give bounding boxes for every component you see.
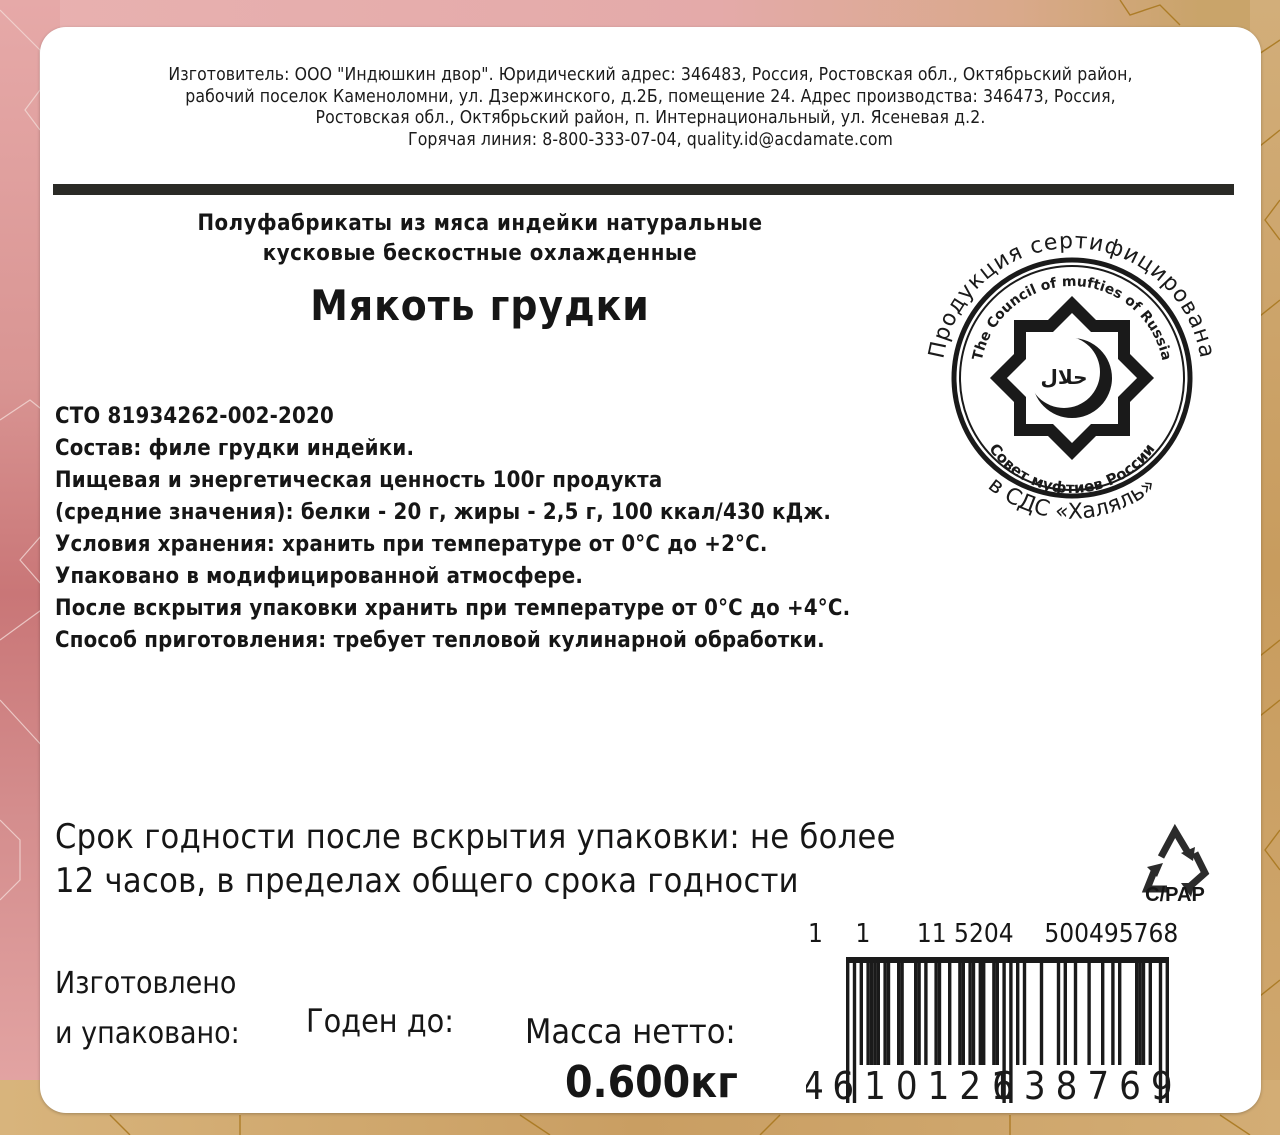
manufacturer-line: Изготовитель: ООО "Индюшкин двор". Юриди…: [40, 65, 1261, 87]
product-name: Мякоть грудки: [140, 281, 820, 330]
storage-after-opening: После вскрытия упаковки хранить при темп…: [55, 593, 850, 625]
ean13-barcode: 4610121638769: [806, 957, 1211, 1105]
shelf-life-line: 12 часов, в пределах общего срока годнос…: [55, 859, 896, 903]
nutrition-values: (средние значения): белки - 20 г, жиры -…: [55, 497, 850, 529]
hotline-line: Горячая линия: 8-800-333-07-04, quality.…: [40, 130, 1261, 152]
category-line: кусковые бескостные охлажденные: [140, 239, 820, 269]
svg-text:638769: 638769: [992, 1064, 1182, 1105]
shelf-life-after-opening: Срок годности после вскрытия упаковки: н…: [55, 815, 896, 903]
standard-code: СТО 81934262-002-2020: [55, 401, 850, 433]
code-value: 11 5204: [917, 919, 1037, 949]
nutrition-line: Пищевая и энергетическая ценность 100г п…: [55, 465, 850, 497]
product-details: СТО 81934262-002-2020 Состав: филе грудк…: [55, 401, 850, 657]
made-label-line: и упаковано:: [55, 1009, 240, 1059]
net-weight-label: Масса нетто:: [525, 1012, 736, 1052]
product-category: Полуфабрикаты из мяса индейки натуральны…: [140, 209, 820, 269]
storage-conditions: Условия хранения: хранить при температур…: [55, 529, 850, 561]
packaging-atmosphere: Упаковано в модифицированной атмосфере.: [55, 561, 850, 593]
shelf-life-line: Срок годности после вскрытия упаковки: н…: [55, 815, 896, 859]
halal-certification-stamp-icon: Продукция сертифицирована The Council of…: [902, 193, 1242, 533]
best-before-label: Годен до:: [306, 1002, 454, 1040]
net-weight-value: 0.600кг: [565, 1057, 738, 1108]
product-label: Изготовитель: ООО "Индюшкин двор". Юриди…: [40, 27, 1261, 1113]
code-value: 1: [855, 919, 909, 949]
made-label-line: Изготовлено: [55, 959, 240, 1009]
svg-text:4: 4: [806, 1064, 834, 1105]
composition: Состав: филе грудки индейки.: [55, 433, 850, 465]
manufacturer-line: Ростовская обл., Октябрьский район, п. И…: [40, 108, 1261, 130]
manufacturer-info: Изготовитель: ООО "Индюшкин двор". Юриди…: [40, 65, 1261, 151]
production-codes: 1 1 11 5204 500495768: [808, 919, 1178, 949]
category-line: Полуфабрикаты из мяса индейки натуральны…: [140, 209, 820, 239]
cooking-method: Способ приготовления: требует тепловой к…: [55, 625, 850, 657]
manufacturer-line: рабочий поселок Каменоломни, ул. Дзержин…: [40, 87, 1261, 109]
made-and-packed-label: Изготовлено и упаковано:: [55, 959, 240, 1059]
halal-arabic-text: حلال: [1041, 365, 1088, 389]
recycle-code: C/PAP: [1125, 884, 1225, 907]
code-value: 500495768: [1044, 919, 1178, 949]
code-value: 1: [808, 919, 848, 949]
